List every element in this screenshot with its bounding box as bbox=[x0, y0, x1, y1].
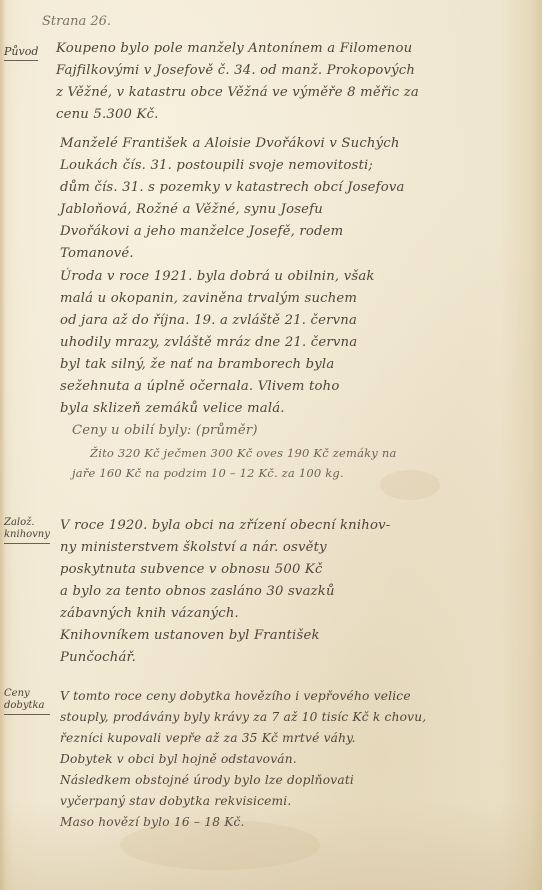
text-line: Punčochář. bbox=[60, 647, 508, 669]
section-purchase-record: Koupeno bylo pole manžely Antonínem a Fi… bbox=[56, 38, 508, 126]
text-line: Maso hovězí bylo 16 – 18 Kč. bbox=[60, 812, 508, 833]
prices-line: jaře 160 Kč na podzim 10 – 12 Kč. za 100… bbox=[60, 464, 508, 482]
margin-label-puvod: Původ bbox=[4, 46, 38, 61]
text-line: z Věžné, v katastru obce Věžná ve výměře… bbox=[56, 82, 508, 104]
text-line: Jabloňová, Rožné a Věžné, synu Josefu bbox=[60, 199, 508, 221]
prices-line: Žito 320 Kč ječmen 300 Kč oves 190 Kč ze… bbox=[60, 442, 508, 464]
text-line: V roce 1920. byla obci na zřízení obecní… bbox=[60, 515, 508, 537]
text-line: Dobytek v obci byl hojně odstavován. bbox=[60, 749, 508, 770]
text-line: řezníci kupovali vepře až za 35 Kč mrtvé… bbox=[60, 728, 508, 749]
text-line: byla sklizeň zemáků velice malá. bbox=[60, 398, 508, 420]
text-line: Fajfilkovými v Josefově č. 34. od manž. … bbox=[56, 60, 508, 82]
text-line: Následkem obstojné úrody bylo lze doplňo… bbox=[60, 770, 508, 791]
section-livestock-prices: V tomto roce ceny dobytka hovězího i vep… bbox=[60, 686, 508, 833]
margin-label-library: Založ. knihovny bbox=[4, 517, 50, 544]
text-line: Koupeno bylo pole manžely Antonínem a Fi… bbox=[56, 38, 508, 60]
text-line: uhodily mrazy, zvláště mráz dne 21. červ… bbox=[60, 332, 508, 354]
section-library-founding: V roce 1920. byla obci na zřízení obecní… bbox=[60, 515, 508, 669]
text-line: malá u okopanin, zaviněna trvalým suchem bbox=[60, 288, 508, 310]
text-line: stouply, prodávány byly krávy za 7 až 10… bbox=[60, 707, 508, 728]
section-property-transfer: Manželé František a Aloisie Dvořákovi v … bbox=[60, 133, 508, 265]
text-line: Dvořákovi a jeho manželce Josefě, rodem bbox=[60, 221, 508, 243]
text-line: sežehnuta a úplně očernala. Vlivem toho bbox=[60, 376, 508, 398]
text-line: zábavných knih vázaných. bbox=[60, 603, 508, 625]
text-line: Tomanové. bbox=[60, 243, 508, 265]
text-line: Manželé František a Aloisie Dvořákovi v … bbox=[60, 133, 508, 155]
text-line: dům čís. 31. s pozemky v katastrech obcí… bbox=[60, 177, 508, 199]
text-line: byl tak silný, že nať na bramborech byla bbox=[60, 354, 508, 376]
text-line: a bylo za tento obnos zasláno 30 svazků bbox=[60, 581, 508, 603]
prices-heading: Ceny u obilí byly: (průměr) bbox=[60, 420, 508, 442]
margin-label-livestock: Ceny dobytka bbox=[4, 688, 50, 715]
text-line: V tomto roce ceny dobytka hovězího i vep… bbox=[60, 686, 508, 707]
chronicle-page: Strana 26. Původ Koupeno bylo pole manže… bbox=[0, 0, 542, 890]
section-harvest-1921: Úroda v roce 1921. byla dobrá u obilnin,… bbox=[60, 266, 508, 482]
text-line: Knihovníkem ustanoven byl František bbox=[60, 625, 508, 647]
text-line: Úroda v roce 1921. byla dobrá u obilnin,… bbox=[60, 266, 508, 288]
text-line: vyčerpaný stav dobytka rekvisicemi. bbox=[60, 791, 508, 812]
text-line: poskytnuta subvence v obnosu 500 Kč bbox=[60, 559, 508, 581]
text-line: Loukách čís. 31. postoupili svoje nemovi… bbox=[60, 155, 508, 177]
text-line: od jara až do října. 19. a zvláště 21. č… bbox=[60, 310, 508, 332]
text-line: cenu 5.300 Kč. bbox=[56, 104, 508, 126]
page-edge-shadow bbox=[0, 0, 6, 890]
page-number: Strana 26. bbox=[42, 14, 111, 29]
text-line: ny ministerstvem školství a nár. osvěty bbox=[60, 537, 508, 559]
